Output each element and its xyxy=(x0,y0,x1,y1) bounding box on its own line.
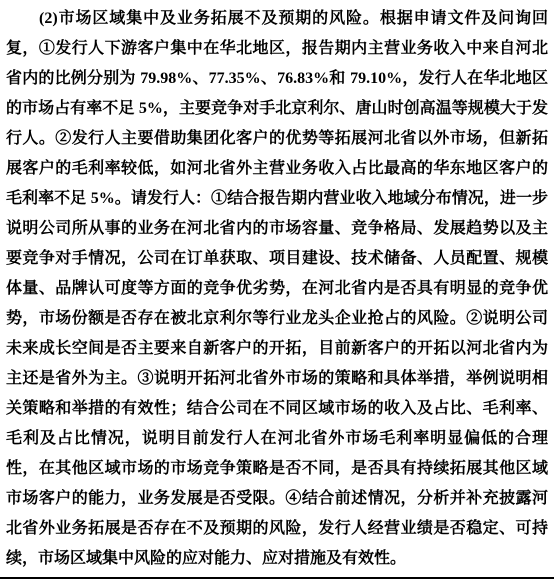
document-page: (2)市场区域集中及业务拓展不及预期的风险。根据申请文件及问询回复，①发行人下游… xyxy=(0,0,554,581)
text-run-num: 5% xyxy=(139,100,163,117)
bottom-divider xyxy=(0,577,554,579)
text-run-num: 79.10% xyxy=(350,70,402,87)
text-run-num: 79.98% xyxy=(140,70,192,87)
text-run-num: 76.83% xyxy=(277,70,329,87)
text-run-cn: 。请发行人：①结合报告期内营业收入地域分布情况，进一步说明公司所从事的业务在河北… xyxy=(6,190,548,567)
inquiry-question-paragraph: (2)市场区域集中及业务拓展不及预期的风险。根据申请文件及问询回复，①发行人下游… xyxy=(6,4,548,574)
text-run-cn: 、 xyxy=(192,70,208,87)
text-run-cn: 和 xyxy=(329,70,350,87)
text-run-num: (2) xyxy=(39,10,58,27)
text-run-cn: 、 xyxy=(261,70,277,87)
text-run-num: 5% xyxy=(91,190,115,207)
text-run-num: 77.35% xyxy=(209,70,261,87)
